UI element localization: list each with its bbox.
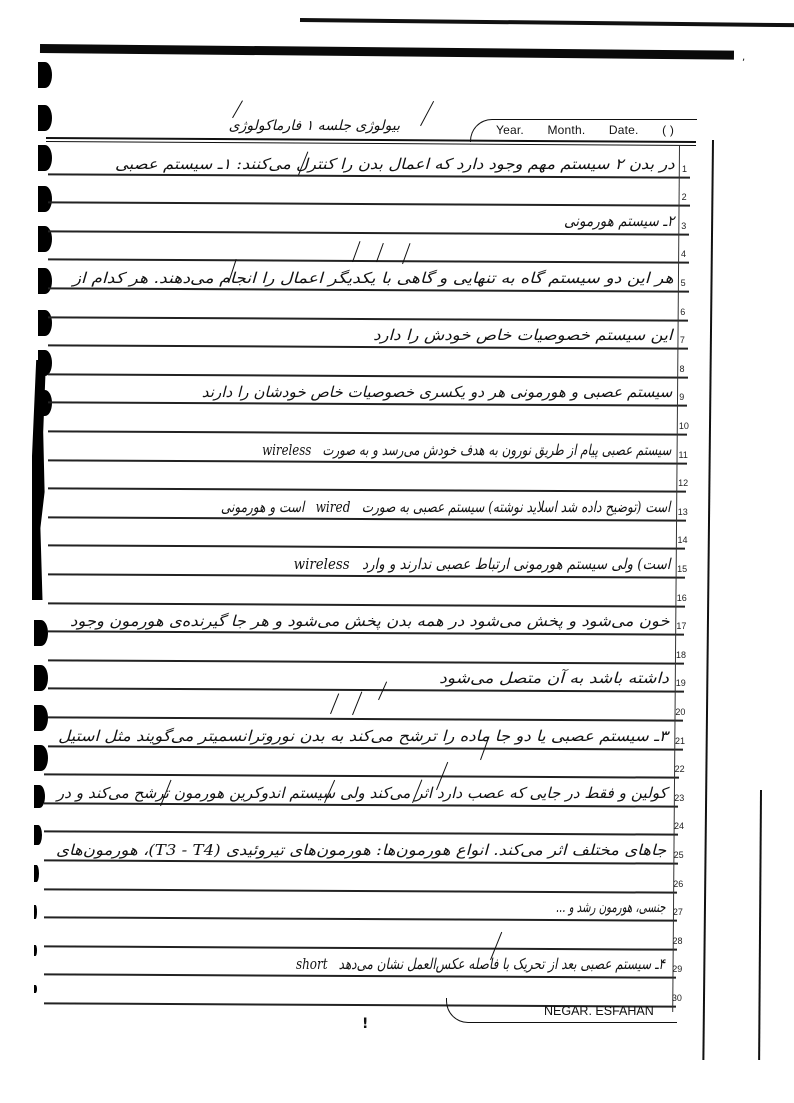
ruled-line xyxy=(44,802,678,807)
ruled-line xyxy=(48,173,690,178)
punch-hole xyxy=(34,705,48,731)
month-field: Month. xyxy=(547,123,585,137)
ruled-line xyxy=(48,745,683,750)
page-title: بیولوژی جلسه ۱ فارماکولوژی xyxy=(150,118,400,134)
ruled-line xyxy=(48,602,685,607)
line-number: 20 xyxy=(675,707,685,717)
handwritten-text: سیستم عصبی پیام از طریق نورون به هدف خود… xyxy=(322,441,671,459)
handwritten-line: این سیستم خصوصیات خاص خودش را دارد xyxy=(373,326,672,344)
ruled-line xyxy=(48,287,689,292)
punch-hole xyxy=(34,985,37,993)
handwritten-line: ۲ـ سیستم هورمونی xyxy=(564,212,674,230)
handwritten-text: جنسی، هورمون رشد و ... xyxy=(556,898,666,916)
handwritten-latin-word: wired xyxy=(316,498,351,516)
ruled-line xyxy=(44,888,677,893)
punch-hole xyxy=(34,745,48,771)
punch-hole xyxy=(38,186,52,212)
punch-hole xyxy=(38,310,52,336)
ruled-line xyxy=(48,259,689,264)
ruled-line xyxy=(44,774,679,779)
punch-hole xyxy=(38,268,52,294)
handwritten-text: ۳ـ سیستم عصبی یا دو جا ماده را ترشح می‌ک… xyxy=(58,727,668,745)
header-date-fields: Year. Month. Date. ( ) xyxy=(496,123,694,137)
punch-hole xyxy=(34,665,48,691)
handwritten-line: ۳ـ سیستم عصبی یا دو جا ماده را ترشح می‌ک… xyxy=(58,727,668,745)
date-field: Date. xyxy=(609,123,639,137)
handwritten-text: کولین و فقط در جایی که عصب دارد اثر می‌ک… xyxy=(57,784,667,802)
ruled-line xyxy=(48,488,686,493)
line-number: 14 xyxy=(677,535,687,545)
line-number: 18 xyxy=(676,650,686,660)
handwritten-latin-word: wireless xyxy=(293,555,349,573)
scan-edge-bar xyxy=(300,18,794,27)
line-number: 11 xyxy=(679,450,688,460)
ruled-line xyxy=(44,831,678,836)
day-field: ( ) xyxy=(662,123,674,137)
line-number: 19 xyxy=(676,678,686,688)
line-number: 27 xyxy=(673,907,683,917)
line-number: 7 xyxy=(680,335,685,345)
handwritten-text: ۴ـ سیستم عصبی بعد از تحریک با فاصله عکس‌… xyxy=(339,955,665,973)
line-number: 9 xyxy=(679,392,684,402)
line-number: 2 xyxy=(682,192,687,202)
line-number: 21 xyxy=(675,736,685,746)
handwritten-text: است) ولی سیستم هورمونی ارتباط عصبی ندارن… xyxy=(362,555,670,573)
line-number: 29 xyxy=(672,964,682,974)
ruled-line xyxy=(44,859,678,864)
ruled-line xyxy=(48,316,688,321)
ruled-line xyxy=(48,688,684,693)
pen-tick xyxy=(352,692,363,716)
line-number: 3 xyxy=(681,221,686,231)
footer-mark: ! xyxy=(362,1016,368,1032)
handwritten-text: خون می‌شود و پخش می‌شود در همه بدن پخش م… xyxy=(70,612,670,630)
handwritten-line: سیستم عصبی و هورمونی هر دو یکسری خصوصیات… xyxy=(202,383,673,401)
handwritten-text-tail: است و هورمونی xyxy=(221,498,304,516)
line-number: 22 xyxy=(675,764,685,774)
scan-vertical-line-short xyxy=(758,790,762,1060)
punch-hole xyxy=(38,62,52,88)
punch-hole xyxy=(34,945,37,956)
torn-edge xyxy=(32,360,46,600)
footer-brand: NEGAR. ESFAHAN xyxy=(544,1004,654,1018)
line-number: 4 xyxy=(681,249,686,259)
handwritten-text: داشته باشد به آن متصل می‌شود xyxy=(439,669,669,687)
handwritten-text: سیستم عصبی و هورمونی هر دو یکسری خصوصیات… xyxy=(202,383,673,401)
ruled-line xyxy=(44,917,677,922)
ruled-line xyxy=(48,430,687,435)
handwritten-line: است) ولی سیستم هورمونی ارتباط عصبی ندارن… xyxy=(281,555,670,573)
handwritten-text: در بدن ۲ سیستم مهم وجود دارد که اعمال بد… xyxy=(115,155,675,173)
line-number: 12 xyxy=(678,478,688,488)
page-top-bar xyxy=(40,44,734,60)
handwritten-line: ۴ـ سیستم عصبی بعد از تحریک با فاصله عکس‌… xyxy=(285,955,665,973)
punch-hole xyxy=(38,145,52,171)
ruled-line xyxy=(48,573,685,578)
line-number: 15 xyxy=(677,564,687,574)
handwritten-text: این سیستم خصوصیات خاص خودش را دارد xyxy=(373,326,672,344)
scan-vertical-line xyxy=(702,140,714,1060)
punch-hole xyxy=(34,905,37,919)
line-number: 1 xyxy=(682,164,687,174)
ruled-line xyxy=(48,545,685,550)
ruled-line xyxy=(48,659,684,664)
handwritten-line: داشته باشد به آن متصل می‌شود xyxy=(439,669,669,687)
year-field: Year. xyxy=(496,123,524,137)
handwritten-line: در بدن ۲ سیستم مهم وجود دارد که اعمال بد… xyxy=(115,155,675,173)
line-number: 16 xyxy=(677,593,687,603)
ruled-line xyxy=(48,373,688,378)
punch-hole xyxy=(38,105,52,131)
ruled-line xyxy=(48,631,684,636)
ruled-line xyxy=(48,345,688,350)
handwritten-text: ۲ـ سیستم هورمونی xyxy=(564,212,674,230)
line-number: 5 xyxy=(681,278,686,288)
handwritten-line: است (توضیح داده شد اسلاید نوشته) سیستم ع… xyxy=(221,498,671,516)
ruled-line xyxy=(48,459,686,464)
line-number: 8 xyxy=(680,364,685,374)
handwritten-latin-word: wireless xyxy=(262,441,311,459)
line-number: 25 xyxy=(674,850,684,860)
line-number: 17 xyxy=(676,621,686,631)
ruled-line xyxy=(48,230,689,235)
pen-tick xyxy=(420,101,434,126)
ruled-line xyxy=(44,945,677,950)
pen-tick xyxy=(232,100,243,118)
handwritten-line: سیستم عصبی پیام از طریق نورون به هدف خود… xyxy=(251,441,671,459)
ruled-line xyxy=(48,402,687,407)
ruled-line xyxy=(48,716,683,721)
ruled-line xyxy=(48,516,686,521)
line-number: 28 xyxy=(673,936,683,946)
handwritten-text: هر این دو سیستم گاه به تنهایی و گاهی با … xyxy=(73,269,674,287)
handwritten-line: جاهای مختلف اثر می‌کند. انواع هورمون‌ها:… xyxy=(56,841,666,859)
pen-tick xyxy=(330,693,340,714)
punch-hole xyxy=(34,785,45,808)
handwritten-text: است (توضیح داده شد اسلاید نوشته) سیستم ع… xyxy=(362,498,671,516)
line-number: 23 xyxy=(674,793,684,803)
punch-hole xyxy=(34,620,48,646)
ruled-line xyxy=(44,974,676,979)
handwritten-line: خون می‌شود و پخش می‌شود در همه بدن پخش م… xyxy=(70,612,670,630)
ruled-line xyxy=(48,202,690,207)
punch-hole xyxy=(34,865,39,882)
line-number: 13 xyxy=(678,507,688,517)
line-number: 24 xyxy=(674,821,684,831)
handwritten-line: هر این دو سیستم گاه به تنهایی و گاهی با … xyxy=(73,269,674,287)
line-number: 6 xyxy=(680,307,685,317)
punch-hole xyxy=(34,825,42,845)
pen-tick xyxy=(378,681,387,700)
handwritten-text: جاهای مختلف اثر می‌کند. انواع هورمون‌ها:… xyxy=(56,841,666,859)
line-number: 26 xyxy=(673,879,683,889)
scan-mark: , xyxy=(742,52,745,63)
handwritten-line: جنسی، هورمون رشد و ... xyxy=(556,898,666,916)
handwritten-latin-word: short xyxy=(296,955,328,973)
line-number: 10 xyxy=(679,421,689,431)
handwritten-line: کولین و فقط در جایی که عصب دارد اثر می‌ک… xyxy=(57,784,667,802)
